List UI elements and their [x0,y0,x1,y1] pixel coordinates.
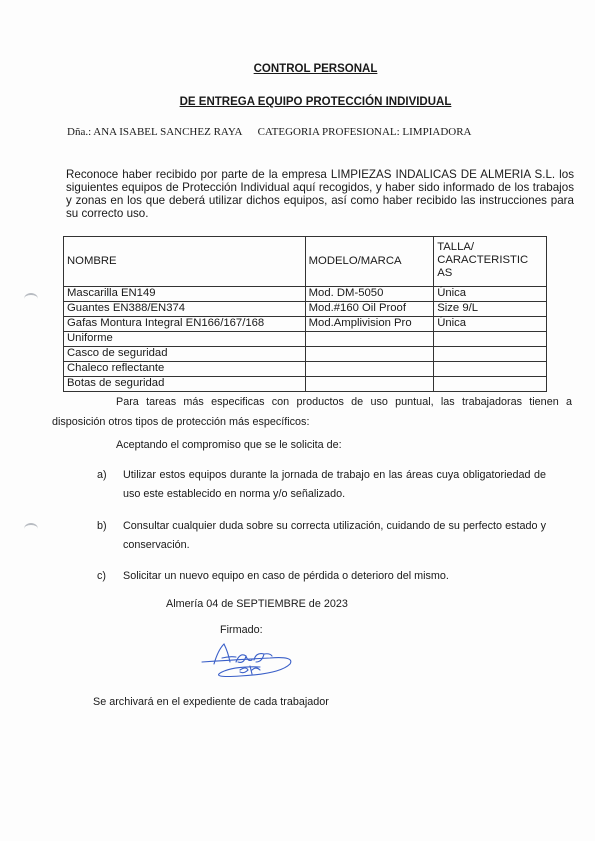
cell-talla [434,377,547,392]
punch-hole-mark [24,293,38,305]
employee-line: Dña.: ANA ISABEL SANCHEZ RAYA CATEGORIA … [67,126,471,138]
cell-nombre: Botas de seguridad [64,377,306,392]
table-row: Uniforme [64,332,547,347]
document-title: CONTROL PERSONAL [18,63,595,75]
date-line: Almería 04 de SEPTIEMBRE de 2023 [166,598,348,610]
table-header-row: NOMBRE MODELO/MARCA TALLA/ CARACTERISTIC… [64,237,547,287]
cell-modelo [305,362,434,377]
cell-talla: Única [434,317,547,332]
commitment-label: b) [97,517,107,536]
cell-talla [434,347,547,362]
cell-modelo [305,377,434,392]
cell-talla: Size 9/L [434,302,547,317]
professional-category: CATEGORIA PROFESIONAL: LIMPIADORA [258,126,472,138]
cell-modelo [305,347,434,362]
cell-nombre: Mascarilla EN149 [64,287,306,302]
cell-modelo: Mod.Amplivision Pro [305,317,434,332]
table-row: Casco de seguridad [64,347,547,362]
cell-talla [434,332,547,347]
header-modelo: MODELO/MARCA [305,237,434,287]
cell-nombre: Casco de seguridad [64,347,306,362]
table-row: Guantes EN388/EN374 Mod.#160 Oil Proof S… [64,302,547,317]
cell-modelo: Mod.#160 Oil Proof [305,302,434,317]
cell-nombre: Gafas Montura Integral EN166/167/168 [64,317,306,332]
intro-paragraph: Reconoce haber recibido por parte de la … [66,168,574,220]
header-nombre: NOMBRE [64,237,306,287]
ppe-table: NOMBRE MODELO/MARCA TALLA/ CARACTERISTIC… [63,236,547,392]
commitment-text: Consultar cualquier duda sobre su correc… [123,517,546,555]
table-row: Chaleco reflectante [64,362,547,377]
signed-label: Firmado: [220,624,263,636]
cell-talla: Única [434,287,547,302]
commitment-text: Solicitar un nuevo equipo en caso de pér… [123,567,546,586]
cell-modelo [305,332,434,347]
cell-nombre: Uniforme [64,332,306,347]
cell-nombre: Guantes EN388/EN374 [64,302,306,317]
specific-tasks-paragraph: Para tareas más especificas con producto… [52,392,572,432]
commitment-label: a) [97,466,107,485]
punch-hole-mark [24,523,38,535]
employee-name: Dña.: ANA ISABEL SANCHEZ RAYA [67,126,243,138]
commitment-label: c) [97,567,106,586]
signature-image [200,640,300,682]
header-talla: TALLA/ CARACTERISTIC AS [434,237,547,287]
document-subtitle: DE ENTREGA EQUIPO PROTECCIÓN INDIVIDUAL [18,96,595,108]
acceptance-statement: Aceptando el compromiso que se le solici… [116,439,342,451]
cell-modelo: Mod. DM-5050 [305,287,434,302]
archive-note: Se archivará en el expediente de cada tr… [93,696,329,708]
cell-nombre: Chaleco reflectante [64,362,306,377]
table-row: Gafas Montura Integral EN166/167/168 Mod… [64,317,547,332]
table-row: Mascarilla EN149 Mod. DM-5050 Única [64,287,547,302]
commitment-text: Utilizar estos equipos durante la jornad… [123,466,546,504]
cell-talla [434,362,547,377]
table-row: Botas de seguridad [64,377,547,392]
